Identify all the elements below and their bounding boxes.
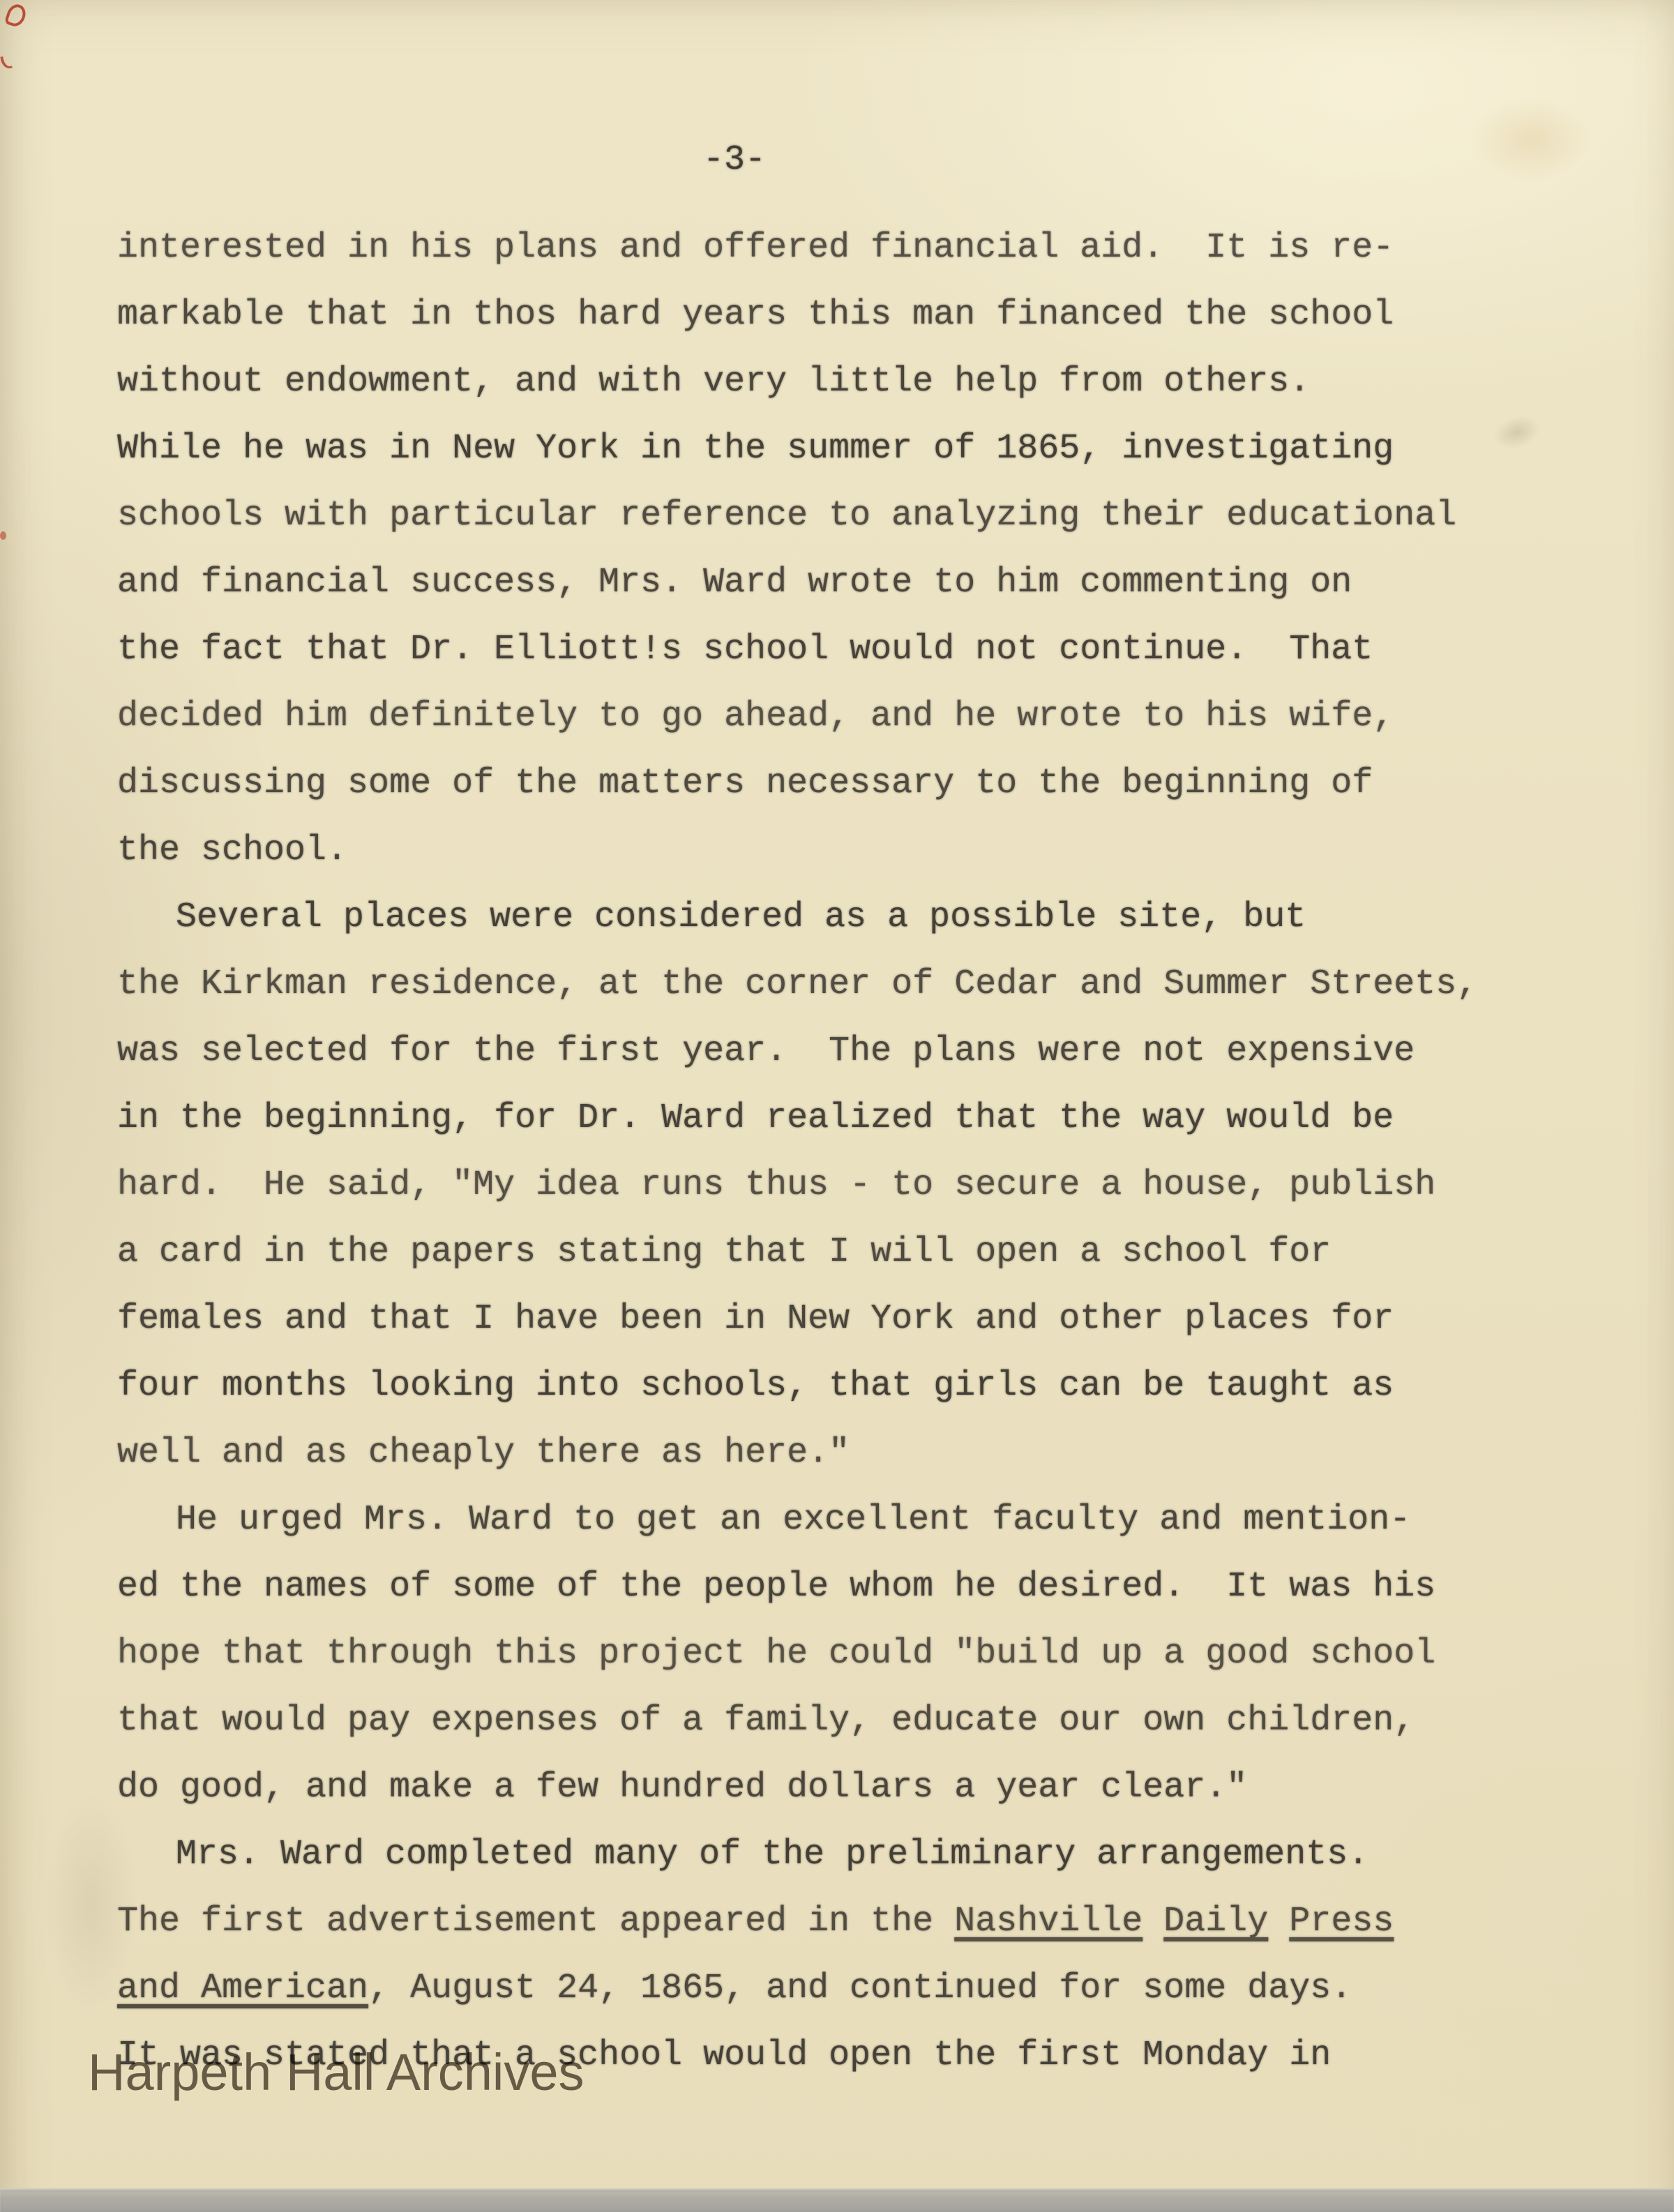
typed-text-segment: schools with particular reference to ana… <box>117 496 1456 536</box>
typed-text-segment: The first advertisement appeared in the <box>117 1902 954 1941</box>
typed-text-segment <box>1143 1902 1163 1941</box>
typed-line: well and as cheaply there as here." <box>117 1420 1582 1487</box>
typed-text-segment: decided him definitely to go ahead, and … <box>117 697 1394 736</box>
typed-text-segment: He urged Mrs. Ward to get an excellent f… <box>176 1500 1410 1540</box>
typed-text-segment: interested in his plans and offered fina… <box>117 228 1394 268</box>
typed-text-segment: While he was in New York in the summer o… <box>117 429 1394 469</box>
typed-line: markable that in thos hard years this ma… <box>117 282 1582 349</box>
typed-line: Several places were considered as a poss… <box>117 884 1582 951</box>
typed-text-segment: discussing some of the matters necessary… <box>117 764 1373 803</box>
scan-edge <box>0 2188 1674 2212</box>
typed-line: and financial success, Mrs. Ward wrote t… <box>117 550 1582 616</box>
underlined-text: Nashville <box>954 1902 1143 1941</box>
typed-text-segment: hope that through this project he could … <box>117 1634 1435 1674</box>
typed-text-segment: that would pay expenses of a family, edu… <box>117 1701 1415 1741</box>
typed-text-segment: females and that I have been in New York… <box>117 1299 1394 1339</box>
typed-text-segment: without endowment, and with very little … <box>117 362 1310 402</box>
typed-line: hard. He said, "My idea runs thus - to s… <box>117 1152 1582 1219</box>
typed-text-segment: the Kirkman residence, at the corner of … <box>117 964 1477 1004</box>
typed-line: the Kirkman residence, at the corner of … <box>117 951 1582 1018</box>
typed-line: interested in his plans and offered fina… <box>117 215 1582 282</box>
typed-line: the fact that Dr. Elliott!s school would… <box>117 616 1582 683</box>
typed-line: four months looking into schools, that g… <box>117 1353 1582 1420</box>
typed-line: discussing some of the matters necessary… <box>117 750 1582 817</box>
typed-line: schools with particular reference to ana… <box>117 483 1582 550</box>
typed-text-segment: a card in the papers stating that I will… <box>117 1232 1331 1272</box>
typed-line: While he was in New York in the summer o… <box>117 416 1582 483</box>
typed-line: do good, and make a few hundred dollars … <box>117 1755 1582 1821</box>
typed-line: without endowment, and with very little … <box>117 349 1582 416</box>
typed-text-segment: the fact that Dr. Elliott!s school would… <box>117 630 1373 669</box>
typed-text-segment: well and as cheaply there as here." <box>117 1433 850 1473</box>
typed-text-segment: , August 24, 1865, and continued for som… <box>368 1969 1352 2008</box>
typed-line: that would pay expenses of a family, edu… <box>117 1688 1582 1755</box>
typed-text-segment: the school. <box>117 831 347 870</box>
watermark: Harpeth Hall Archives <box>88 2045 585 2100</box>
typed-text-segment: Mrs. Ward completed many of the prelimin… <box>176 1835 1368 1874</box>
typed-line: Mrs. Ward completed many of the prelimin… <box>117 1821 1582 1888</box>
typed-text-segment: was selected for the first year. The pla… <box>117 1031 1415 1071</box>
typed-line: the school. <box>117 817 1582 884</box>
typed-line: was selected for the first year. The pla… <box>117 1018 1582 1085</box>
typed-line: females and that I have been in New York… <box>117 1286 1582 1353</box>
typed-line: a card in the papers stating that I will… <box>117 1219 1582 1286</box>
typed-text-segment <box>1268 1902 1289 1941</box>
red-ink-mark <box>0 55 13 70</box>
typed-line: decided him definitely to go ahead, and … <box>117 683 1582 750</box>
underlined-text: Press <box>1289 1902 1394 1941</box>
red-ink-mark <box>4 2 29 29</box>
typed-text: interested in his plans and offered fina… <box>117 215 1582 2089</box>
typed-line: hope that through this project he could … <box>117 1621 1582 1688</box>
typed-text-segment: markable that in thos hard years this ma… <box>117 295 1394 335</box>
underlined-text: Daily <box>1163 1902 1268 1941</box>
typed-text-segment: and financial success, Mrs. Ward wrote t… <box>117 563 1352 603</box>
typed-text-segment: in the beginning, for Dr. Ward realized … <box>117 1098 1394 1138</box>
underlined-text: and American <box>117 1969 368 2008</box>
typed-text-segment: Several places were considered as a poss… <box>176 897 1306 937</box>
typed-line: He urged Mrs. Ward to get an excellent f… <box>117 1487 1582 1554</box>
typed-line: ed the names of some of the people whom … <box>117 1554 1582 1621</box>
typed-text-segment: hard. He said, "My idea runs thus - to s… <box>117 1165 1435 1205</box>
typed-text-segment: do good, and make a few hundred dollars … <box>117 1768 1247 1808</box>
typed-text-segment: four months looking into schools, that g… <box>117 1366 1394 1406</box>
document-page: -3- interested in his plans and offered … <box>0 0 1674 2212</box>
typed-line: and American, August 24, 1865, and conti… <box>117 1955 1582 2022</box>
typed-text-segment: ed the names of some of the people whom … <box>117 1567 1435 1607</box>
typed-line: The first advertisement appeared in the … <box>117 1888 1582 1955</box>
page-number: -3- <box>703 127 766 194</box>
typed-line: in the beginning, for Dr. Ward realized … <box>117 1085 1582 1152</box>
paper-stain <box>1451 84 1611 195</box>
red-ink-mark <box>0 531 6 540</box>
